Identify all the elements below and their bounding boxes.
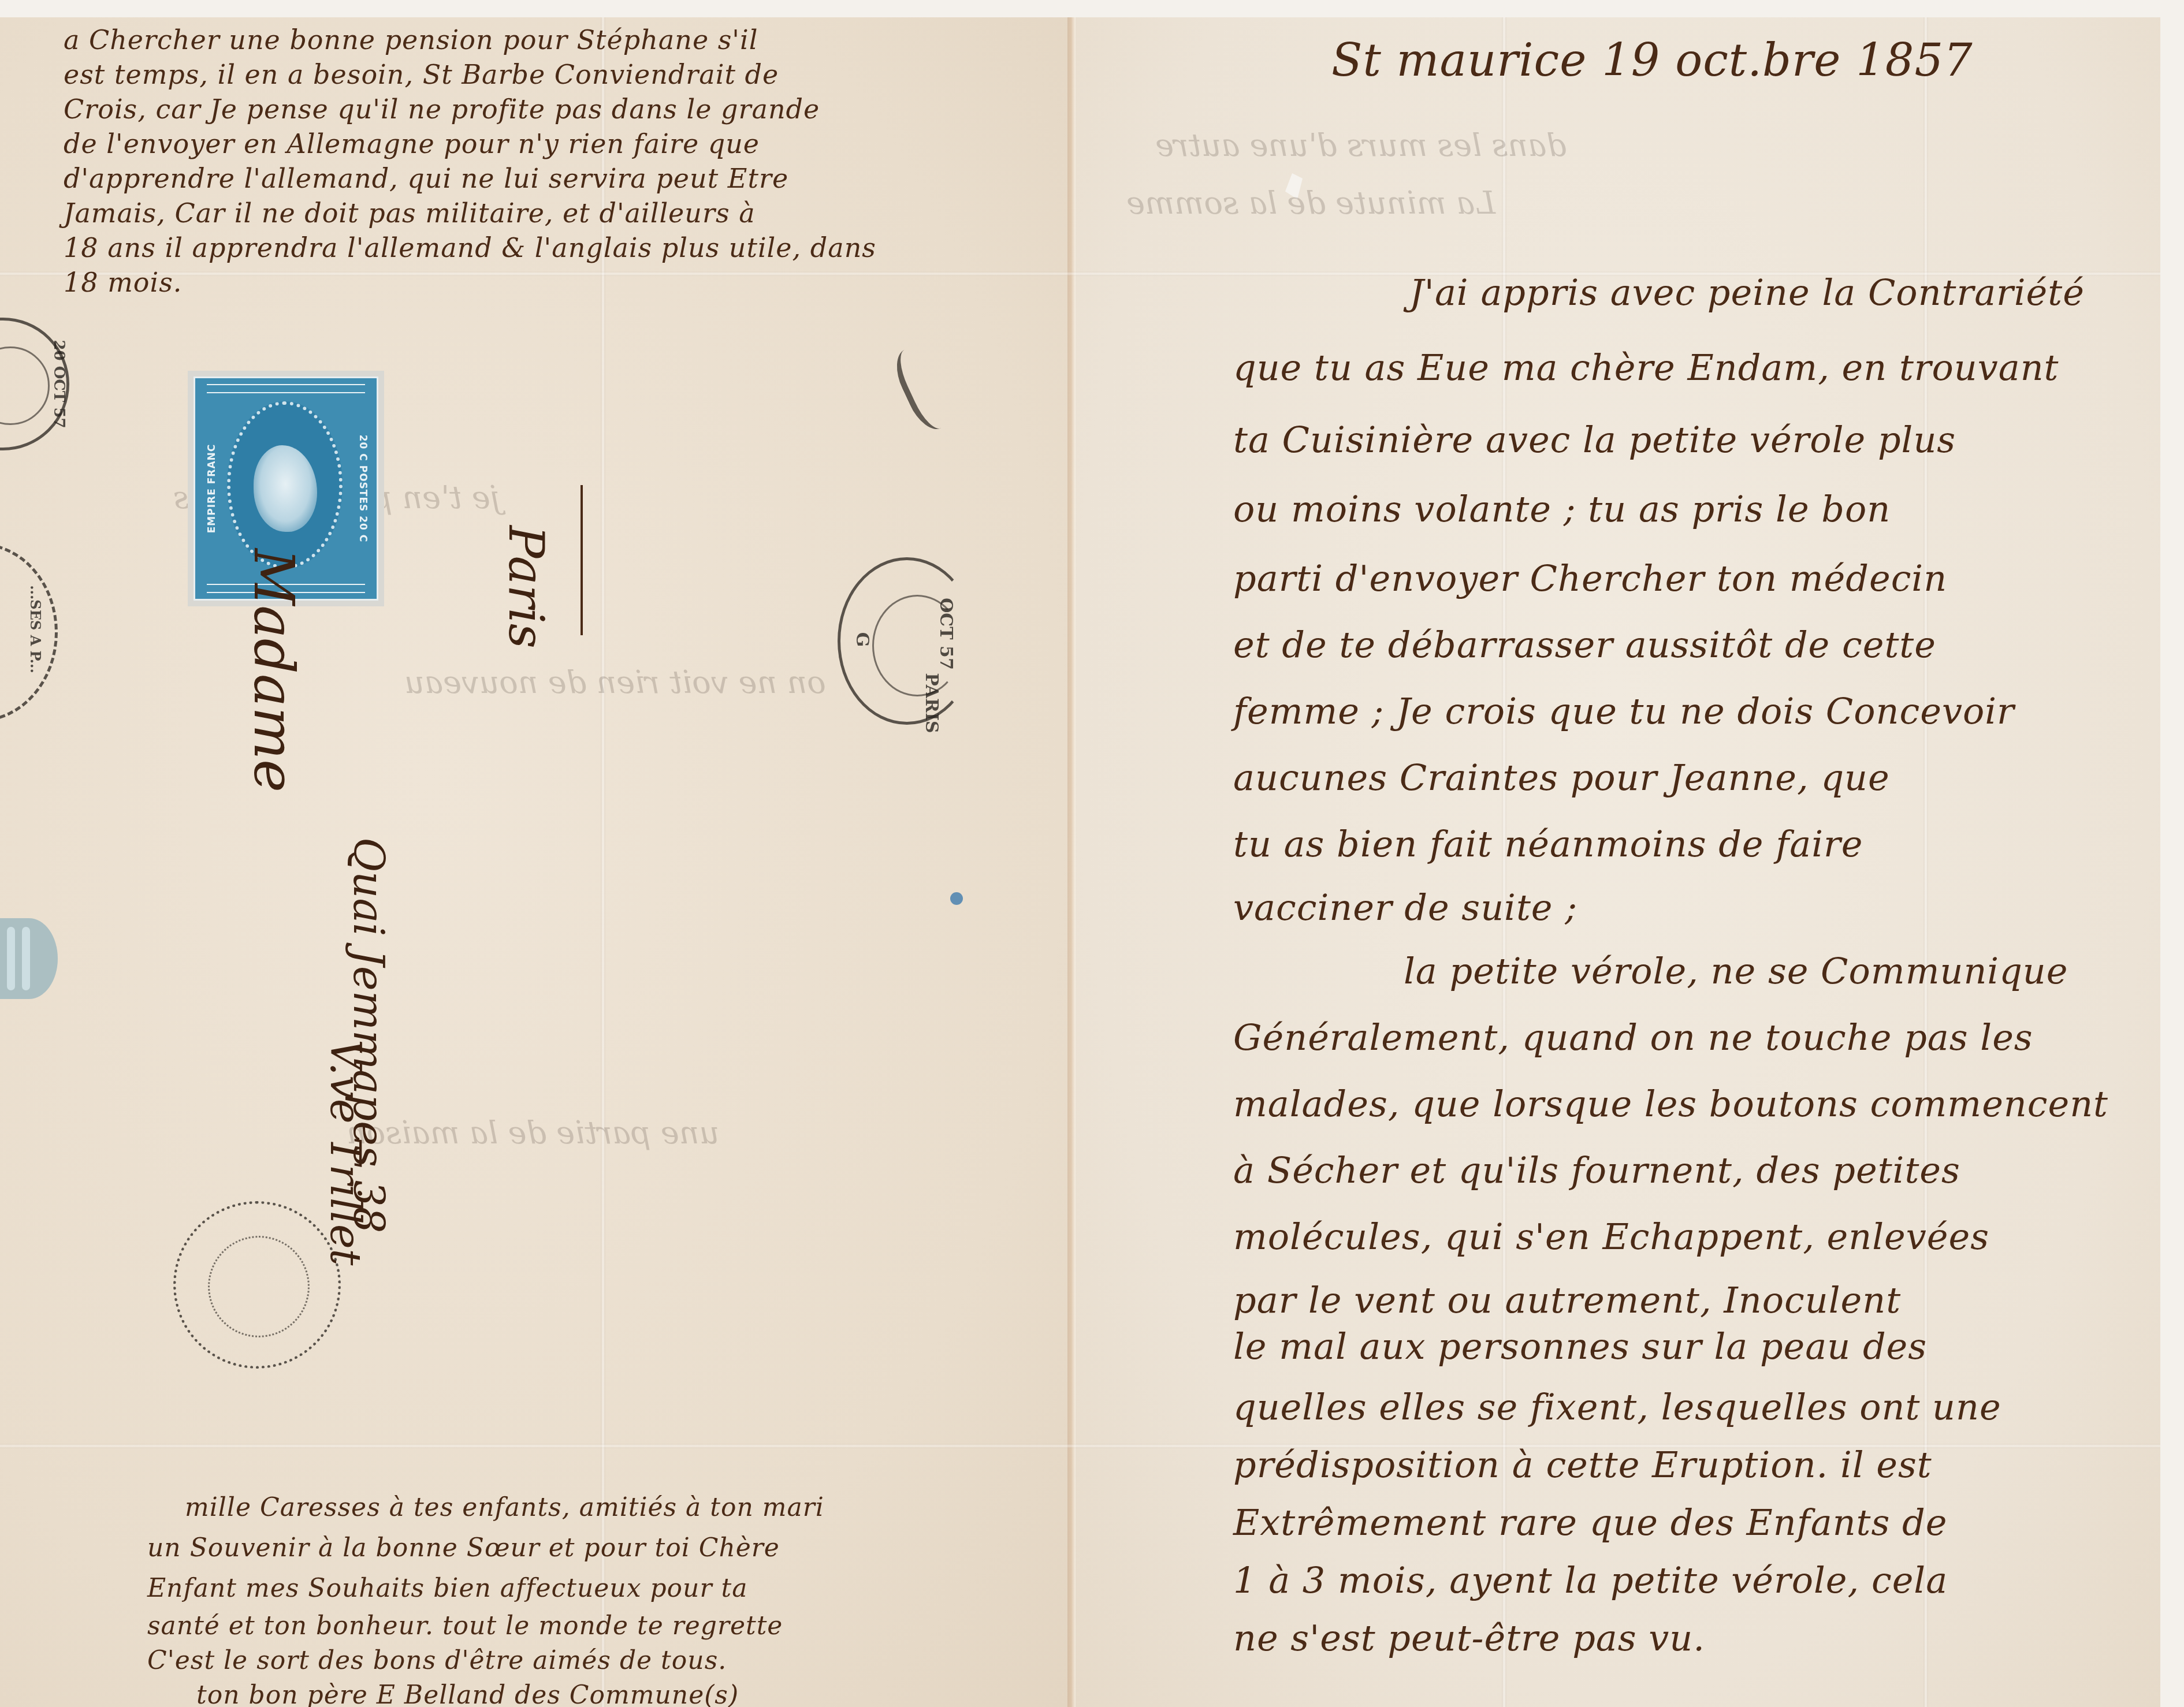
text-line: tu as bien fait néanmoins de faire <box>1233 823 1863 865</box>
text-line: prédisposition à cette Eruption. il est <box>1233 1444 1932 1486</box>
text-line: Enfant mes Souhaits bien affectueux pour… <box>147 1574 747 1603</box>
text-line: femme ; Je crois que tu ne dois Concevoi… <box>1233 690 2015 732</box>
ink-dot <box>950 892 963 905</box>
text-line: d'apprendre l'allemand, qui ne lui servi… <box>64 163 788 194</box>
address-line: Quai Jemmapes 38 <box>344 837 393 1233</box>
bleed-through-text: dans les murs d'une autre <box>1155 127 1567 163</box>
text-line: 18 ans il apprendra l'allemand & l'angla… <box>64 232 876 263</box>
text-line: est temps, il en a besoin, St Barbe Conv… <box>64 59 779 90</box>
text-line: vacciner de suite ; <box>1233 886 1577 929</box>
bleed-through-text: on ne voit rien de nouveau <box>404 664 826 700</box>
text-line: par le vent ou autrement, Inoculent <box>1233 1279 1901 1321</box>
text-line: a Chercher une bonne pension pour Stépha… <box>64 24 758 55</box>
text-line: Extrêmement rare que des Enfants de <box>1233 1501 1947 1544</box>
text-line: malades, que lorsque les boutons commenc… <box>1233 1083 2108 1125</box>
bleed-through-text: une partie de la maison <box>347 1115 719 1151</box>
text-line: aucunes Craintes pour Jeanne, que <box>1233 756 1890 799</box>
text-line: mille Caresses à tes enfants, amitiés à … <box>185 1493 824 1522</box>
text-line: ne s'est peut-être pas vu. <box>1233 1617 1705 1659</box>
address-rule <box>581 485 583 635</box>
text-line: Crois, car Je pense qu'il ne profite pas… <box>64 94 820 125</box>
text-line: ou moins volante ; tu as pris le bon <box>1233 488 1891 530</box>
address-line: Madame <box>241 549 306 792</box>
text-line: 18 mois. <box>64 267 182 298</box>
dateline: St maurice 19 oct.bre 1857 <box>1331 35 1973 87</box>
text-line: Généralement, quand on ne touche pas les <box>1233 1016 2033 1059</box>
text-line: que tu as Eue ma chère Endam, en trouvan… <box>1233 346 2059 389</box>
text-line: J'ai appris avec peine la Contrariété <box>1409 271 2085 314</box>
text-line: quelles elles se fixent, lesquelles ont … <box>1233 1386 2001 1428</box>
text-line: un Souvenir à la bonne Sœur et pour toi … <box>147 1533 780 1563</box>
stamp-left-text: EMPIRE FRANC <box>206 444 218 534</box>
text-line: santé et ton bonheur. tout le monde te r… <box>147 1611 783 1641</box>
text-line: Jamais, Car il ne doit pas militaire, et… <box>64 197 756 229</box>
bleed-through-text: La minute de la somme <box>1126 185 1495 221</box>
stamp-portrait <box>227 401 343 569</box>
address-line: Paris <box>498 525 555 648</box>
text-line: de l'envoyer en Allemagne pour n'y rien … <box>64 128 760 159</box>
signature: ton bon père E Belland des Commune(s) <box>196 1680 739 1707</box>
postmark-departure <box>173 1201 341 1369</box>
letter-sheet: dans les murs d'une autre La minute de l… <box>0 17 2160 1707</box>
center-fold <box>1067 17 1076 1707</box>
text-line: 1 à 3 mois, ayent la petite vérole, cela <box>1233 1559 1948 1601</box>
text-line: C'est le sort des bons d'être aimés de t… <box>147 1646 727 1675</box>
text-line: molécules, qui s'en Echappent, enlevées <box>1233 1216 1989 1258</box>
emperor-head-icon <box>254 445 317 532</box>
wafer-seal <box>0 918 58 999</box>
text-line: la petite vérole, ne se Communique <box>1404 950 2068 992</box>
stamp-right-text: 20 C POSTES 20 C <box>358 435 369 543</box>
text-line: le mal aux personnes sur la peau des <box>1233 1325 1927 1367</box>
text-line: à Sécher et qu'ils fournent, des petites <box>1233 1149 1960 1191</box>
text-line: parti d'envoyer Chercher ton médecin <box>1233 557 1947 599</box>
fold-line <box>601 17 605 1707</box>
text-line: ta Cuisinière avec la petite vérole plus <box>1233 419 1956 461</box>
text-line: et de te débarrasser aussitôt de cette <box>1233 624 1936 666</box>
postmark-paris: OCT 57 PARIS G <box>838 557 976 725</box>
